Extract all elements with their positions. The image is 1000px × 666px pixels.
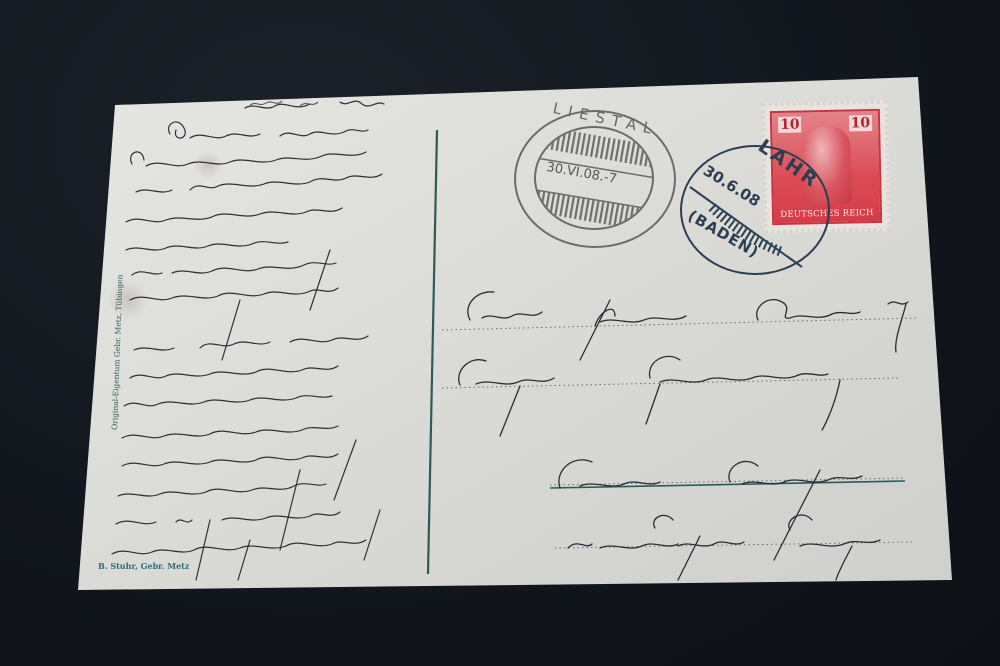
publisher-imprint-bottom: B. Stuhr, Gebr. Metz: [98, 561, 190, 571]
postmark-liestal: 30.VI.08.-7 LIESTAL: [514, 110, 676, 248]
postmark-lahr: LAHR 30.6.08 (BADEN): [680, 145, 830, 275]
stamp-value-right: 10: [848, 115, 872, 131]
stamp-value-left: 10: [778, 117, 802, 133]
postcard: Original-Eigentum Gebr. Metz, Tübingen B…: [0, 0, 1000, 666]
photo-scene: Original-Eigentum Gebr. Metz, Tübingen B…: [0, 0, 1000, 666]
